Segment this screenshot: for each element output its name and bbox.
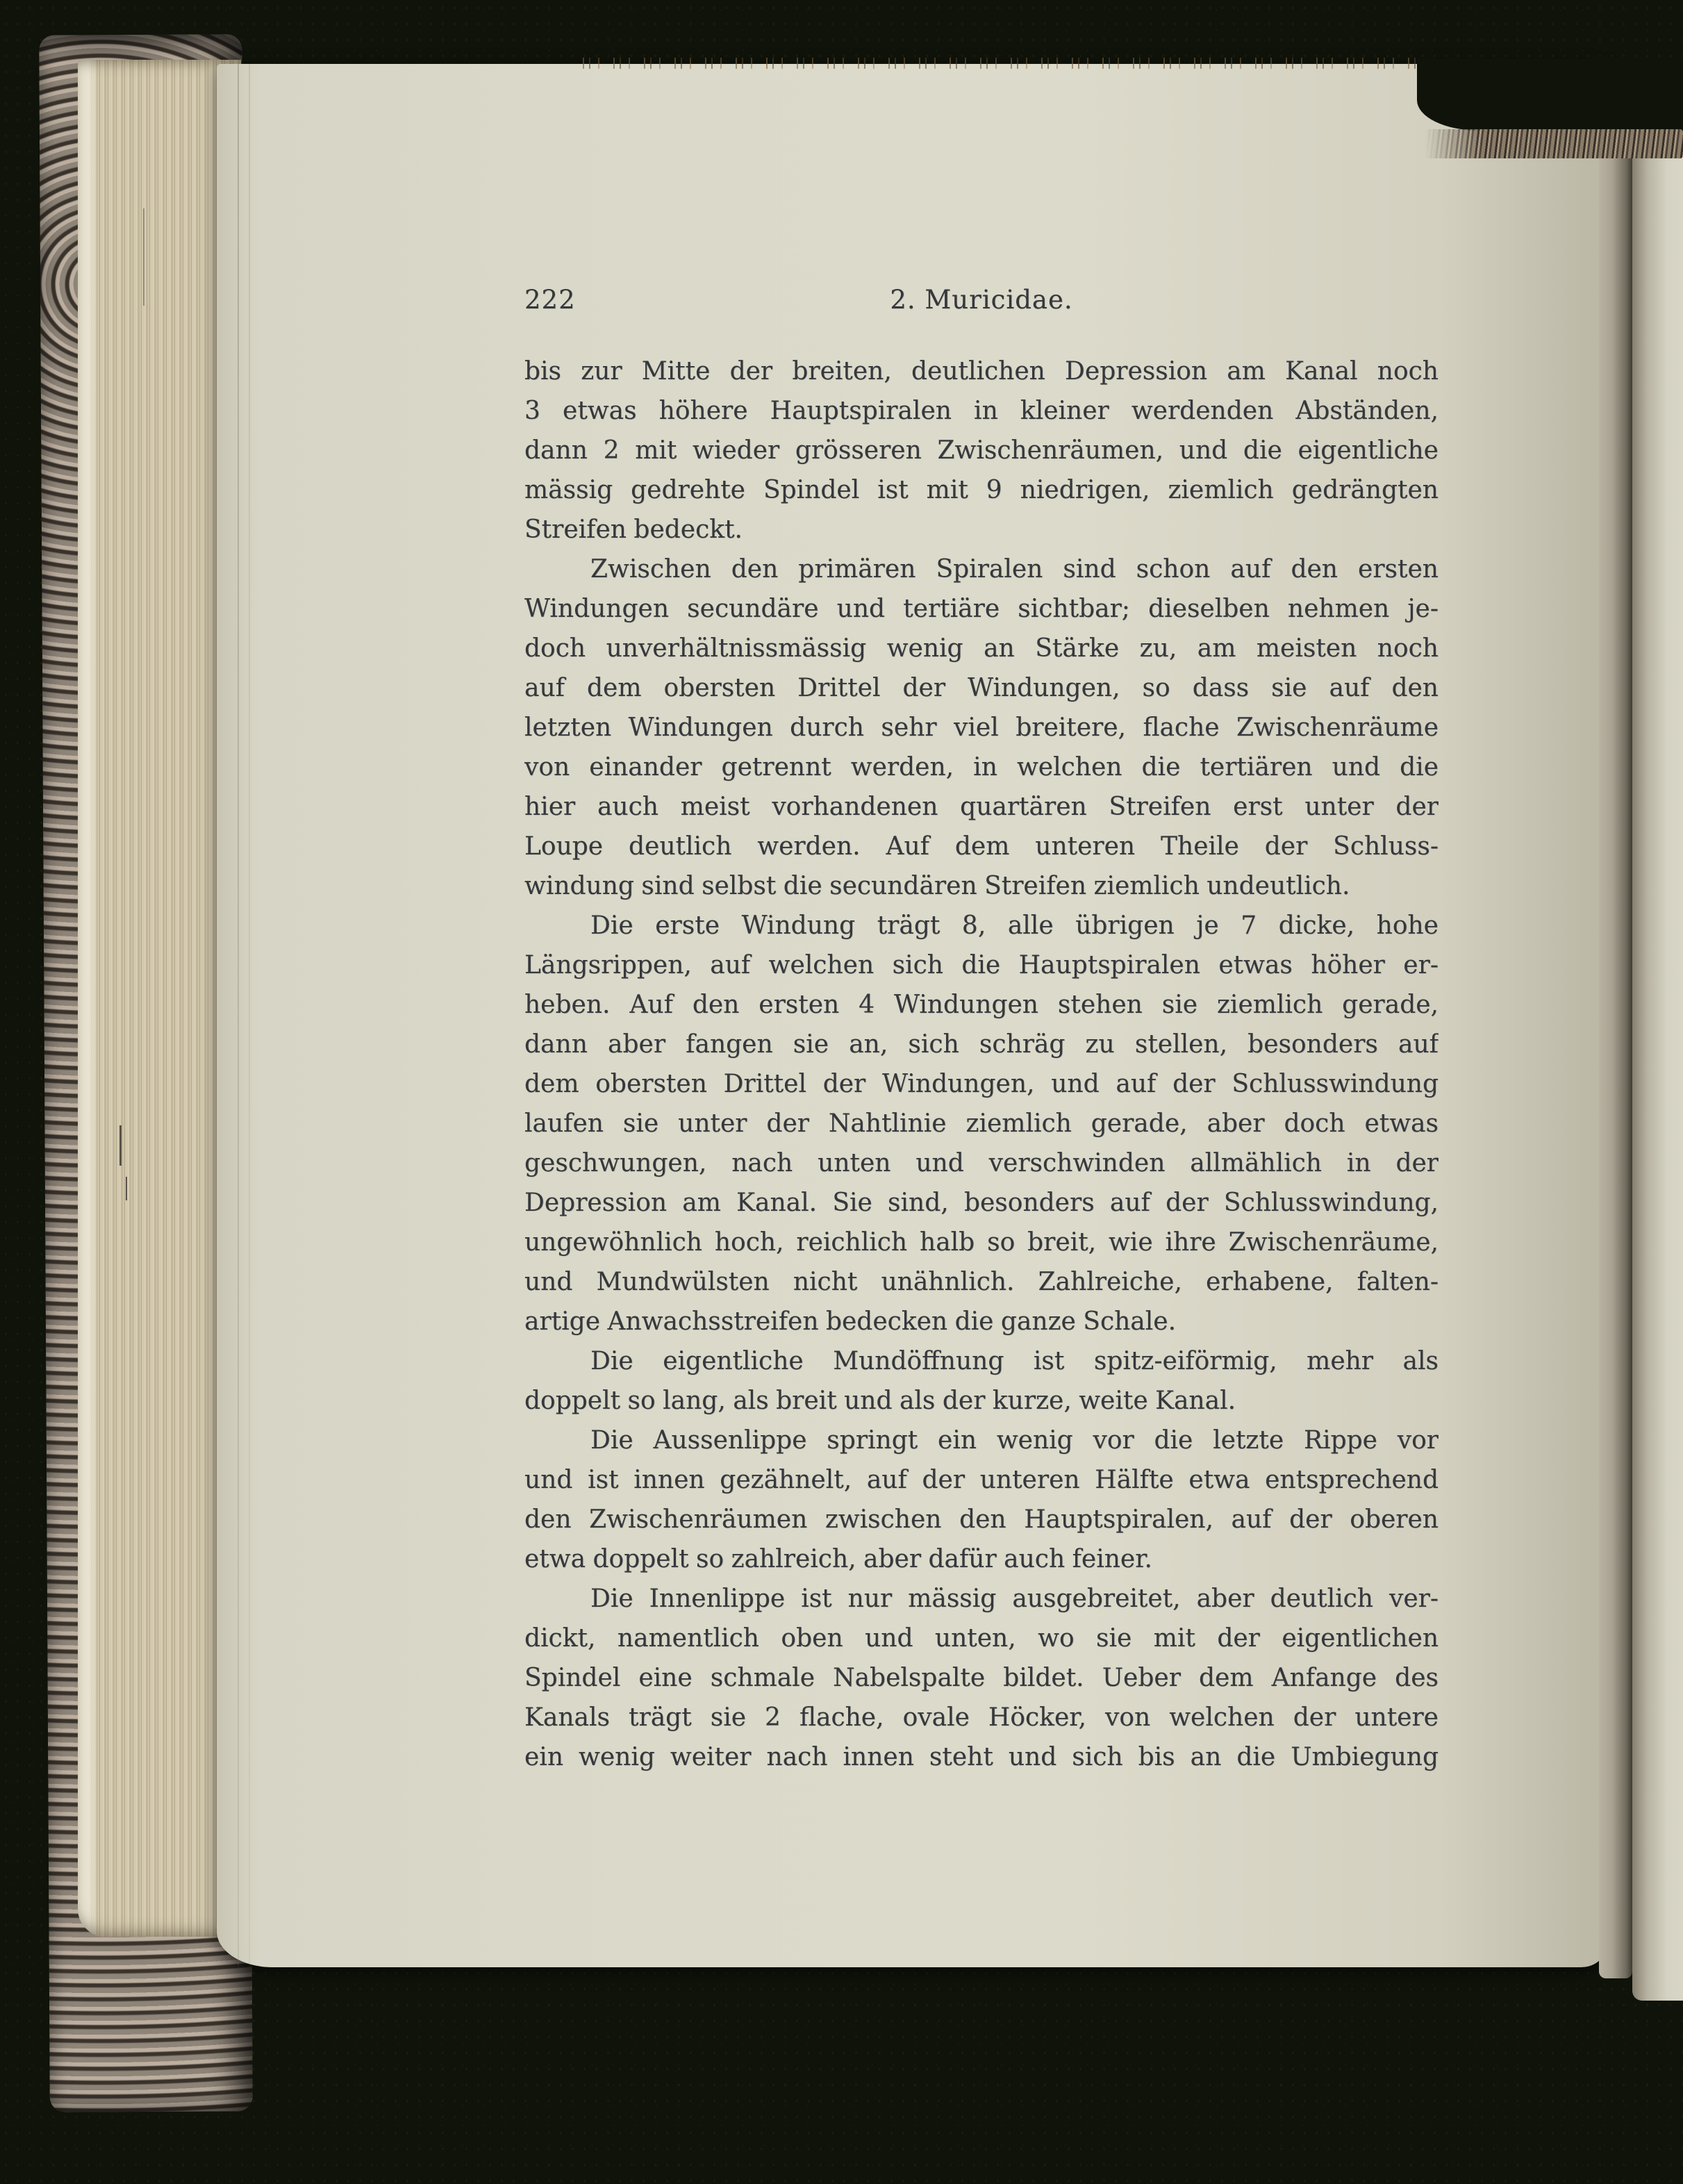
fore-edge-ink-mark: [143, 208, 144, 306]
text-line: Streifen bedeckt.: [524, 510, 1439, 549]
page-crease: [249, 64, 250, 1967]
text-line: ein wenig weiter nach innen steht und si…: [524, 1737, 1439, 1777]
book-page: 222 2. Muricidae. bis zur Mitte der brei…: [217, 64, 1605, 1967]
photo-scene: 222 2. Muricidae. bis zur Mitte der brei…: [0, 0, 1683, 2184]
text-line: Längsrippen, auf welchen sich die Haupts…: [524, 945, 1439, 985]
text-line: ungewöhnlich hoch, reichlich halb so bre…: [524, 1223, 1439, 1262]
fore-edge-ink-mark: [126, 1177, 127, 1200]
text-line: geschwungen, nach unten und verschwinden…: [524, 1143, 1439, 1183]
text-block: 222 2. Muricidae. bis zur Mitte der brei…: [524, 285, 1439, 1777]
text-line: doppelt so lang, als breit und als der k…: [524, 1381, 1439, 1421]
text-line: 3 etwas höhere Hauptspiralen in kleiner …: [524, 391, 1439, 431]
text-line: artige Anwachsstreifen bedecken die ganz…: [524, 1302, 1439, 1341]
top-right-shadow: [1417, 58, 1683, 131]
page-header: 222 2. Muricidae.: [524, 285, 1439, 320]
text-line: dem obersten Drittel der Windungen, und …: [524, 1064, 1439, 1104]
text-line: dann 2 mit wieder grösseren Zwischenräum…: [524, 431, 1439, 470]
text-line: Die eigentliche Mundöffnung ist spitz-ei…: [524, 1341, 1439, 1381]
text-line: dickt, namentlich oben und unten, wo sie…: [524, 1619, 1439, 1658]
text-line: auf dem obersten Drittel der Windungen, …: [524, 668, 1439, 708]
facing-page-edge: [1632, 154, 1683, 2001]
text-line: mässig gedrehte Spindel ist mit 9 niedri…: [524, 470, 1439, 510]
text-line: Depression am Kanal. Sie sind, besonders…: [524, 1183, 1439, 1223]
page-body-text: bis zur Mitte der breiten, deutlichen De…: [524, 351, 1439, 1777]
page-number: 222: [524, 285, 615, 315]
gutter-shadow: [1599, 151, 1632, 1978]
text-line: laufen sie unter der Nahtlinie ziemlich …: [524, 1104, 1439, 1143]
deckle-edge-fringe: [577, 58, 1417, 69]
text-line: doch unverhältnissmässig wenig an Stärke…: [524, 629, 1439, 668]
text-line: den Zwischenräumen zwischen den Hauptspi…: [524, 1500, 1439, 1539]
text-line: Die Innenlippe ist nur mässig ausgebreit…: [524, 1579, 1439, 1619]
text-line: und Mundwülsten nicht unähnlich. Zahlrei…: [524, 1262, 1439, 1302]
text-line: Spindel eine schmale Nabelspalte bildet.…: [524, 1658, 1439, 1698]
text-line: Die Aussenlippe springt ein wenig vor di…: [524, 1421, 1439, 1460]
text-line: Windungen secundäre und tertiäre sichtba…: [524, 589, 1439, 629]
fore-edge-ink-mark: [119, 1125, 122, 1166]
running-title: 2. Muricidae.: [615, 285, 1348, 315]
text-line: bis zur Mitte der breiten, deutlichen De…: [524, 351, 1439, 391]
text-line: windung sind selbst die secundären Strei…: [524, 866, 1439, 906]
text-line: letzten Windungen durch sehr viel breite…: [524, 708, 1439, 747]
text-line: dann aber fangen sie an, sich schräg zu …: [524, 1025, 1439, 1064]
text-line: heben. Auf den ersten 4 Windungen stehen…: [524, 985, 1439, 1025]
text-line: und ist innen gezähnelt, auf der unteren…: [524, 1460, 1439, 1500]
page-crease: [238, 64, 239, 1967]
text-line: von einander getrennt werden, in welchen…: [524, 747, 1439, 787]
text-line: Loupe deutlich werden. Auf dem unteren T…: [524, 827, 1439, 866]
text-line: etwa doppelt so zahlreich, aber dafür au…: [524, 1539, 1439, 1579]
text-line: Zwischen den primären Spiralen sind scho…: [524, 549, 1439, 589]
headband-texture: [1425, 129, 1683, 158]
text-line: Kanals trägt sie 2 flache, ovale Höcker,…: [524, 1698, 1439, 1737]
text-line: Die erste Windung trägt 8, alle übrigen …: [524, 906, 1439, 945]
text-line: hier auch meist vorhandenen quartären St…: [524, 787, 1439, 827]
